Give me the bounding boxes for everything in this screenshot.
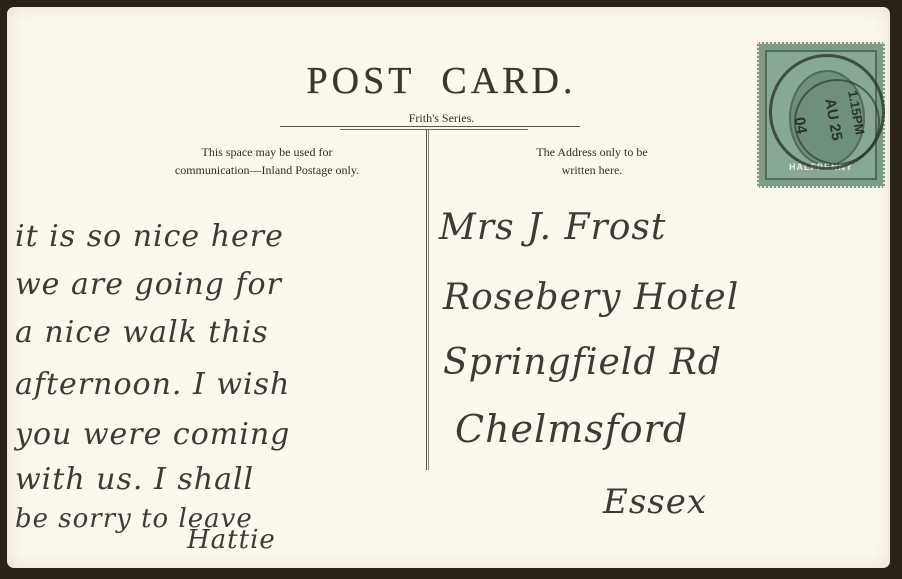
title-card: CARD. bbox=[441, 60, 576, 102]
instruction-line: communication—Inland Postage only. bbox=[127, 161, 407, 179]
instruction-line: written here. bbox=[477, 161, 707, 179]
message-line: a nice walk this bbox=[15, 315, 269, 350]
message-line: it is so nice here bbox=[15, 219, 284, 254]
signature: Hattie bbox=[187, 525, 276, 555]
message-line: with us. I shall bbox=[15, 462, 254, 497]
address-line: Rosebery Hotel bbox=[443, 277, 739, 318]
address-line: Springfield Rd bbox=[443, 342, 722, 383]
address-instruction: The Address only to be written here. bbox=[477, 143, 707, 179]
series-label: Frith's Series. bbox=[7, 111, 876, 126]
instruction-line: The Address only to be bbox=[477, 143, 707, 161]
message-line: we are going for bbox=[15, 267, 282, 302]
postcard: POSTCARD. Frith's Series. This space may… bbox=[7, 7, 890, 568]
title-rule-short bbox=[340, 129, 528, 130]
post-card-title: POSTCARD. bbox=[7, 59, 876, 103]
center-divider bbox=[426, 130, 429, 470]
instruction-line: This space may be used for bbox=[127, 143, 407, 161]
message-instruction: This space may be used for communication… bbox=[127, 143, 407, 179]
postage-stamp: HALFPENNY 1.15PM AU 25 04 bbox=[757, 42, 885, 188]
address-line: Essex bbox=[603, 482, 707, 522]
address-line: Chelmsford bbox=[455, 407, 688, 451]
message-line: you were coming bbox=[15, 417, 290, 452]
title-post: POST bbox=[307, 60, 416, 102]
address-line: Mrs J. Frost bbox=[439, 207, 666, 248]
postmark-year: 04 bbox=[791, 116, 811, 135]
title-rule bbox=[280, 126, 580, 127]
message-line: afternoon. I wish bbox=[15, 367, 290, 402]
postmark-icon: 1.15PM AU 25 04 bbox=[769, 54, 885, 170]
